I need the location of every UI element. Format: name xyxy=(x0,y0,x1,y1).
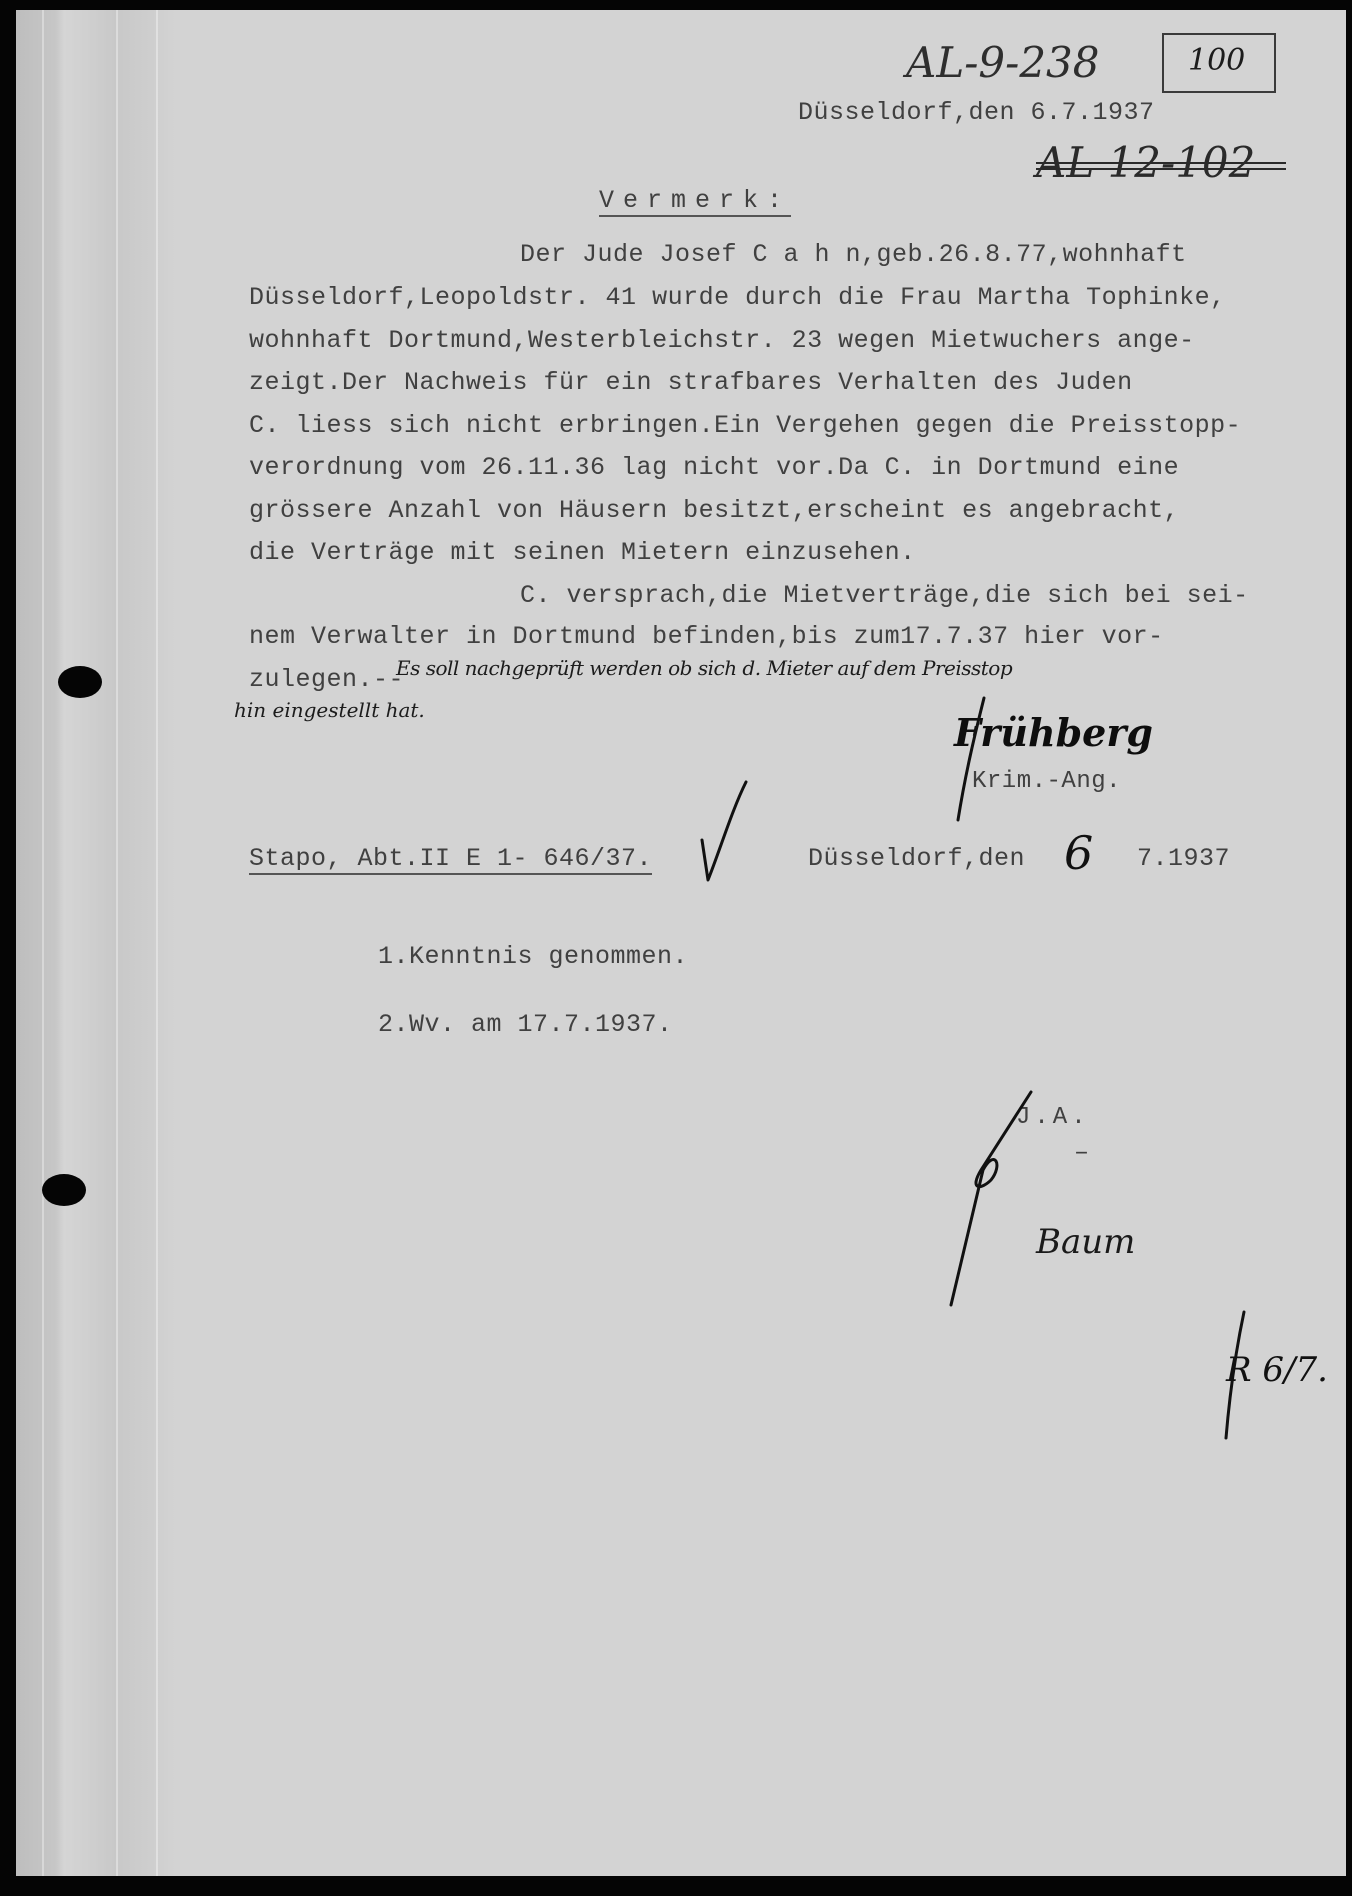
document-title: Vermerk: xyxy=(599,188,791,217)
second-place-date-prefix: Düsseldorf,den xyxy=(808,846,1025,871)
initials-stroke xyxy=(1220,1310,1250,1440)
check-mark-icon xyxy=(700,780,760,890)
body-line: Der Jude Josef C a h n,geb.26.8.77,wohnh… xyxy=(520,242,1187,267)
document-page: AL-9-238 100 Düsseldorf,den 6.7.1937 AL … xyxy=(16,10,1346,1876)
strikethrough-line xyxy=(1036,162,1286,164)
body-line: verordnung vom 26.11.36 lag nicht vor.Da… xyxy=(249,455,1179,480)
body-line: zulegen.-- xyxy=(249,667,404,692)
action-item: 2.Wv. am 17.7.1937. xyxy=(378,1012,673,1037)
signature-stroke xyxy=(936,690,996,830)
signature-stroke xyxy=(951,1090,1071,1310)
signature-baum: Baum xyxy=(1036,1222,1135,1262)
file-reference: Stapo, Abt.II E 1- 646/37. xyxy=(249,846,652,875)
handwritten-annotation: hin eingestellt hat. xyxy=(234,698,425,722)
signature-title: Krim.-Ang. xyxy=(972,770,1121,794)
body-line: C. liess sich nicht erbringen.Ein Vergeh… xyxy=(249,413,1241,438)
punch-hole xyxy=(42,1174,86,1206)
binding-strip-line xyxy=(156,10,158,1876)
body-line: C. versprach,die Mietverträge,die sich b… xyxy=(520,583,1249,608)
place-date: Düsseldorf,den 6.7.1937 xyxy=(798,100,1155,125)
body-line: Düsseldorf,Leopoldstr. 41 wurde durch di… xyxy=(249,285,1226,310)
body-line: zeigt.Der Nachweis für ein strafbares Ve… xyxy=(249,370,1133,395)
binding-strip-line xyxy=(42,10,44,1876)
handwritten-file-number: AL-9-238 xyxy=(906,38,1100,87)
dash-mark: – xyxy=(1074,1140,1090,1165)
action-item: 1.Kenntnis genommen. xyxy=(378,944,688,969)
body-line: grössere Anzahl von Häusern besitzt,ersc… xyxy=(249,498,1179,523)
body-line: die Verträge mit seinen Mietern einzuseh… xyxy=(249,540,916,565)
second-date-suffix: 7.1937 xyxy=(1137,846,1230,871)
body-line: wohnhaft Dortmund,Westerbleichstr. 23 we… xyxy=(249,328,1195,353)
body-line: nem Verwalter in Dortmund befinden,bis z… xyxy=(249,624,1164,649)
page-number-stamp: 100 xyxy=(1162,33,1276,93)
handwritten-annotation: Es soll nachgeprüft werden ob sich d. Mi… xyxy=(396,656,1012,680)
strikethrough-line xyxy=(1036,168,1286,170)
page-number: 100 xyxy=(1188,43,1245,78)
binding-strip-line xyxy=(116,10,118,1876)
punch-hole xyxy=(58,666,102,698)
handwritten-day: 6 xyxy=(1064,826,1093,880)
